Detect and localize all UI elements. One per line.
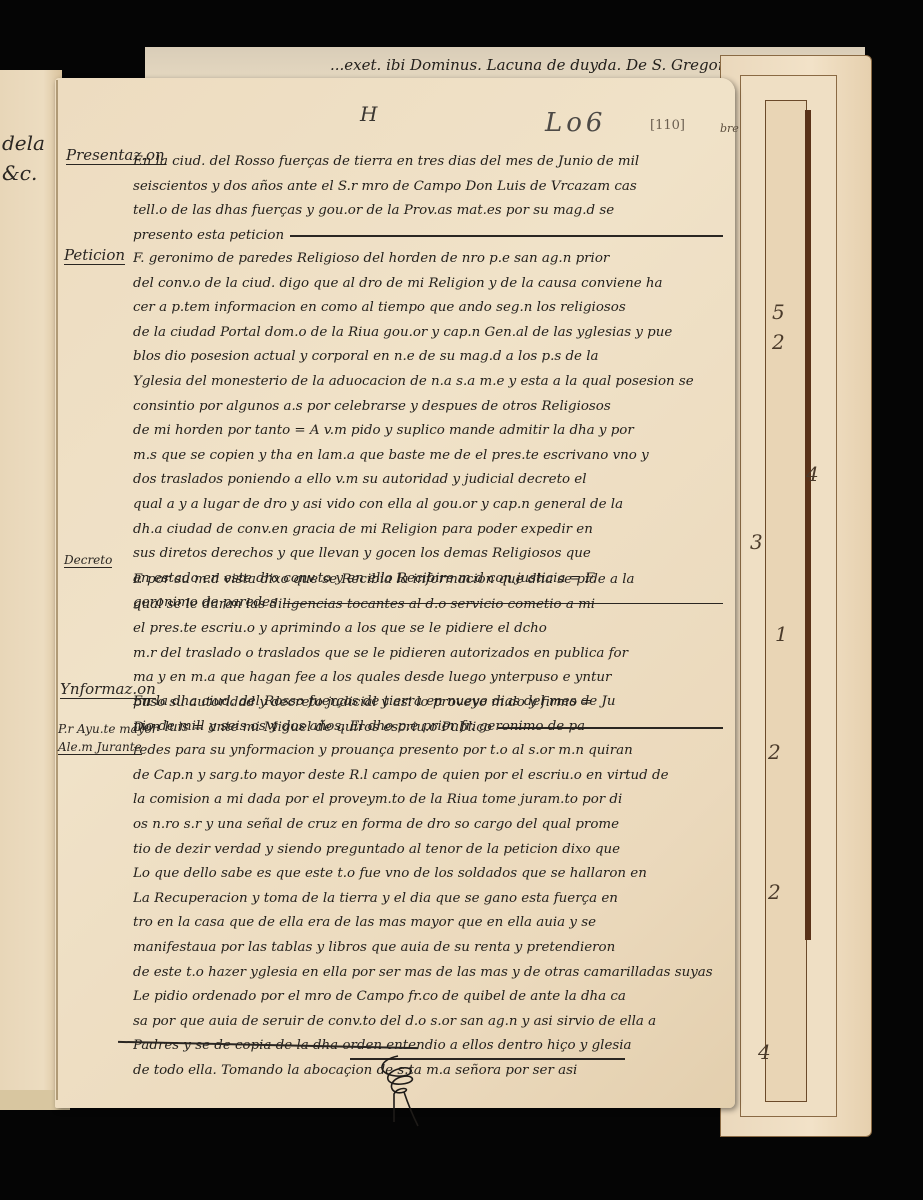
signature-rubric-icon (368, 1052, 428, 1128)
paragraph-informacion: En la dha ciud. del Rosso fuerças de tie… (133, 690, 723, 1084)
text-line: redes para su ynformacion y prouança pre… (133, 739, 723, 764)
text-line: Yglesia del monesterio de la aduocacion … (133, 370, 723, 395)
line-filler-rule (290, 235, 723, 237)
text-line: Lo que dello sabe es que este t.o fue vn… (133, 862, 723, 887)
text-line: de la ciudad Portal dom.o de la Riua gou… (133, 321, 723, 346)
text-line: blos dio posesion actual y corporal en n… (133, 345, 723, 370)
text-line: E por su m.d vista dixo que se Recibia l… (133, 568, 723, 593)
text-line: m.r del traslado o traslados que se le p… (133, 642, 723, 667)
text-line: F. geronimo de paredes Religioso del hor… (133, 247, 723, 272)
text-line: qual a y a lugar de dro y asi vido con e… (133, 493, 723, 518)
text-line: Le pidio ordenado por el mro de Campo fr… (133, 985, 723, 1010)
paragraph-peticion: F. geronimo de paredes Religioso del hor… (133, 247, 723, 616)
margin-note-witness-2: Ale.m Jurante (58, 740, 142, 754)
side-leaf-mark: 4 (758, 1040, 771, 1064)
text-line: el pres.te escriu.o y aprimindo a los qu… (133, 617, 723, 642)
text-line: dos traslados poniendo a ello v.m su aut… (133, 468, 723, 493)
text-line: sus diretos derechos y que llevan y goce… (133, 542, 723, 567)
top-flourish-mark: H (360, 102, 377, 126)
margin-note-decreto: Decreto (64, 553, 112, 567)
text-line: de este t.o hazer yglesia en ella por se… (133, 961, 723, 986)
margin-note-peticion: Peticion (64, 246, 125, 264)
side-leaf-mark: 3 (750, 530, 763, 554)
text-line: sa por que auia de seruir de conv.to del… (133, 1010, 723, 1035)
text-line: del conv.o de la ciud. digo que al dro d… (133, 272, 723, 297)
side-leaf-mark: 2 (768, 880, 781, 904)
overleaf-top-text: ...exet. ibi Dominus. Lacuna de duyda. D… (330, 56, 739, 74)
text-line: consintio por algunos a.s por celebrarse… (133, 395, 723, 420)
text-line: qual se le daran las diligencias tocante… (133, 593, 723, 618)
side-leaf-mark: 5 (772, 300, 785, 324)
text-line: tio de dezir verdad y siendo preguntado … (133, 838, 723, 863)
text-line-content: presento esta peticion (133, 224, 284, 249)
text-line: Padres y se de copia de la dha orden ent… (133, 1034, 723, 1059)
text-line: de Cap.n y sarg.to mayor deste R.l campo… (133, 764, 723, 789)
text-line: tro en la casa que de ella era de las ma… (133, 911, 723, 936)
page-gutter (56, 80, 58, 1100)
paragraph-presentacion: En la ciud. del Rosso fuerças de tierra … (133, 150, 723, 248)
side-leaf-mark: 2 (772, 330, 785, 354)
right-edge-fragment: bre (720, 122, 739, 135)
folio-number: Lo6 (545, 108, 606, 138)
previous-page-word: &c. (2, 158, 45, 188)
text-line: La Recuperacion y toma de la tierra y el… (133, 887, 723, 912)
previous-page-edge (0, 70, 62, 1095)
text-line: presento esta peticion (133, 224, 723, 249)
text-line: tell.o de las dhas fuerças y gou.or de l… (133, 199, 723, 224)
folio-bracket-number: [110] (650, 118, 685, 133)
text-line: ma y en m.a que hagan fee a los quales d… (133, 666, 723, 691)
text-line: dh.a ciudad de conv.en gracia de mi Reli… (133, 518, 723, 543)
text-line: En la ciud. del Rosso fuerças de tierra … (133, 150, 723, 175)
leaf-shadow-edge (805, 110, 811, 940)
text-line: cer a p.tem informacion en como al tiemp… (133, 296, 723, 321)
text-line: En la dha ciud. del Rosso fuerças de tie… (133, 690, 723, 715)
side-leaf-mark: 2 (768, 740, 781, 764)
previous-page-word: dela (2, 128, 45, 158)
side-leaf-mark: 4 (806, 462, 819, 486)
text-line: os n.ro s.r y una señal de cruz en forma… (133, 813, 723, 838)
previous-page-fragment: dela &c. (2, 128, 45, 188)
text-line: de todo ella. Tomando la abocaçion de s.… (133, 1059, 723, 1084)
text-line: manifestaua por las tablas y libros que … (133, 936, 723, 961)
stacked-leaf-inner (765, 100, 807, 1102)
side-leaf-mark: 1 (775, 622, 788, 646)
text-line: seiscientos y dos años ante el S.r mro d… (133, 175, 723, 200)
text-line: la comision a mi dada por el proveym.to … (133, 788, 723, 813)
text-line: m.s que se copien y tha en lam.a que bas… (133, 444, 723, 469)
text-line: de mi horden por tanto = A v.m pido y su… (133, 419, 723, 444)
text-line: nio de mill y seis.os y dos años. El dho… (133, 715, 723, 740)
